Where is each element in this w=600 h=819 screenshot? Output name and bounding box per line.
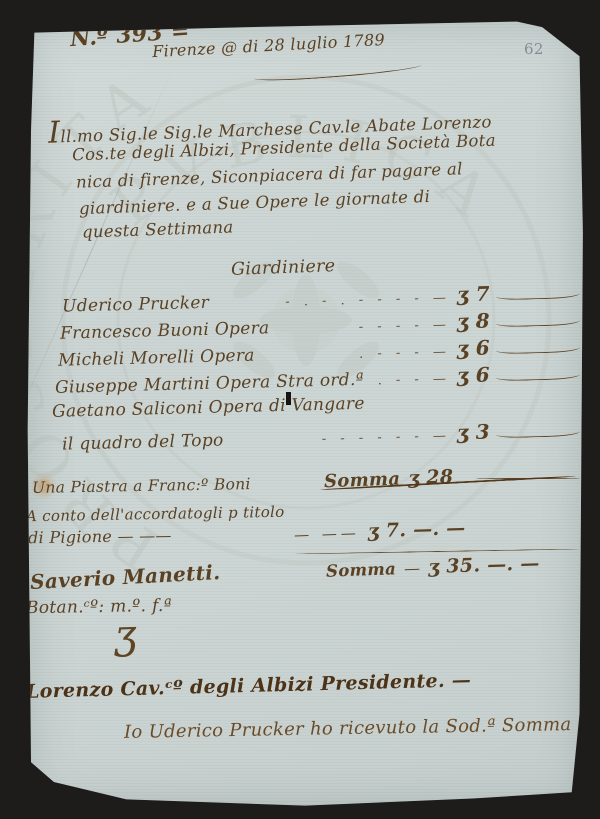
pigione-leader: — —— bbox=[294, 524, 360, 544]
entry-amount: ʒ 7 bbox=[456, 281, 490, 306]
entry-amount: ʒ 8 bbox=[456, 308, 490, 333]
entry-amount: ʒ 3 bbox=[456, 419, 490, 444]
entry-amount: ʒ 6 bbox=[456, 335, 490, 360]
ledger-row: il quadro del Topo - - - - - - — ʒ 3 bbox=[52, 417, 580, 455]
manuscript-page: PROSPERITA PVBLICA N.º 393 = Firenze @ d… bbox=[26, 20, 584, 808]
entry-name: Uderico Prucker bbox=[62, 293, 210, 317]
entry-leader: . - - - — bbox=[255, 344, 458, 364]
currency-symbol-mark: ʒ bbox=[113, 612, 137, 659]
somma-struck-amount: ʒ 28 bbox=[408, 466, 454, 490]
somma-finale-dash: — bbox=[404, 558, 421, 578]
note-line-2: A conto dell'accordatogli p titolo bbox=[26, 503, 285, 526]
signature-manetti-title: Botan.ᶜº: m.º. f.ª bbox=[26, 596, 172, 619]
entry-amount: ʒ 6 bbox=[456, 362, 490, 387]
salutation-line-4: giardiniere. e a Sue Opere le giornate d… bbox=[79, 187, 431, 218]
ledger-rule bbox=[496, 313, 580, 327]
dateline-underline bbox=[254, 60, 422, 83]
signature-albizi: Lorenzo Cav.ᶜº degli Albizi Presidente. … bbox=[26, 669, 472, 703]
somma-finale-amount: ʒ 35. —. — bbox=[428, 552, 540, 578]
signature-manetti: Saverio Manetti. bbox=[30, 560, 221, 594]
ledger-rule bbox=[496, 367, 580, 381]
salutation-line-5: questa Settimana bbox=[82, 217, 234, 241]
entry-leader: - . - . - - - - — bbox=[209, 290, 457, 311]
ledger-rule bbox=[496, 286, 580, 300]
entry-name: Gaetano Saliconi Opera di Vangare bbox=[52, 394, 365, 422]
entry-name: Francesco Buoni Opera bbox=[60, 318, 270, 343]
ledger-rule bbox=[496, 340, 580, 354]
ink-blot bbox=[286, 392, 291, 405]
entry-leader: - - - - - - — bbox=[223, 428, 457, 449]
ledger-rule bbox=[496, 424, 580, 438]
entry-name: Giuseppe Martini Opera Stra ord.ª bbox=[55, 370, 364, 398]
receipt-line: Io Uderico Prucker ho ricevuto la Sod.ª … bbox=[124, 714, 572, 743]
pigione-amount-row: — —— ʒ 7. —. — bbox=[294, 520, 466, 542]
somma-finale-label: Somma bbox=[326, 559, 397, 580]
entry-leader: . - - — bbox=[364, 371, 457, 388]
pigione-amount: ʒ 7. —. — bbox=[367, 517, 466, 542]
section-heading: Giardiniere bbox=[231, 256, 336, 280]
somma-finale: Somma — ʒ 35. —. — bbox=[326, 556, 540, 578]
note-line-1: Una Piastra a Franc:º Boni bbox=[32, 475, 251, 497]
entry-leader: - - - - — bbox=[269, 317, 457, 337]
photo-background: PROSPERITA PVBLICA N.º 393 = Firenze @ d… bbox=[0, 0, 600, 819]
note-line-3: di Pigione — —— bbox=[28, 526, 172, 548]
entry-name: Micheli Morelli Opera bbox=[58, 346, 255, 371]
entry-name: il quadro del Topo bbox=[62, 430, 224, 454]
folio-number: 62 bbox=[524, 40, 544, 58]
